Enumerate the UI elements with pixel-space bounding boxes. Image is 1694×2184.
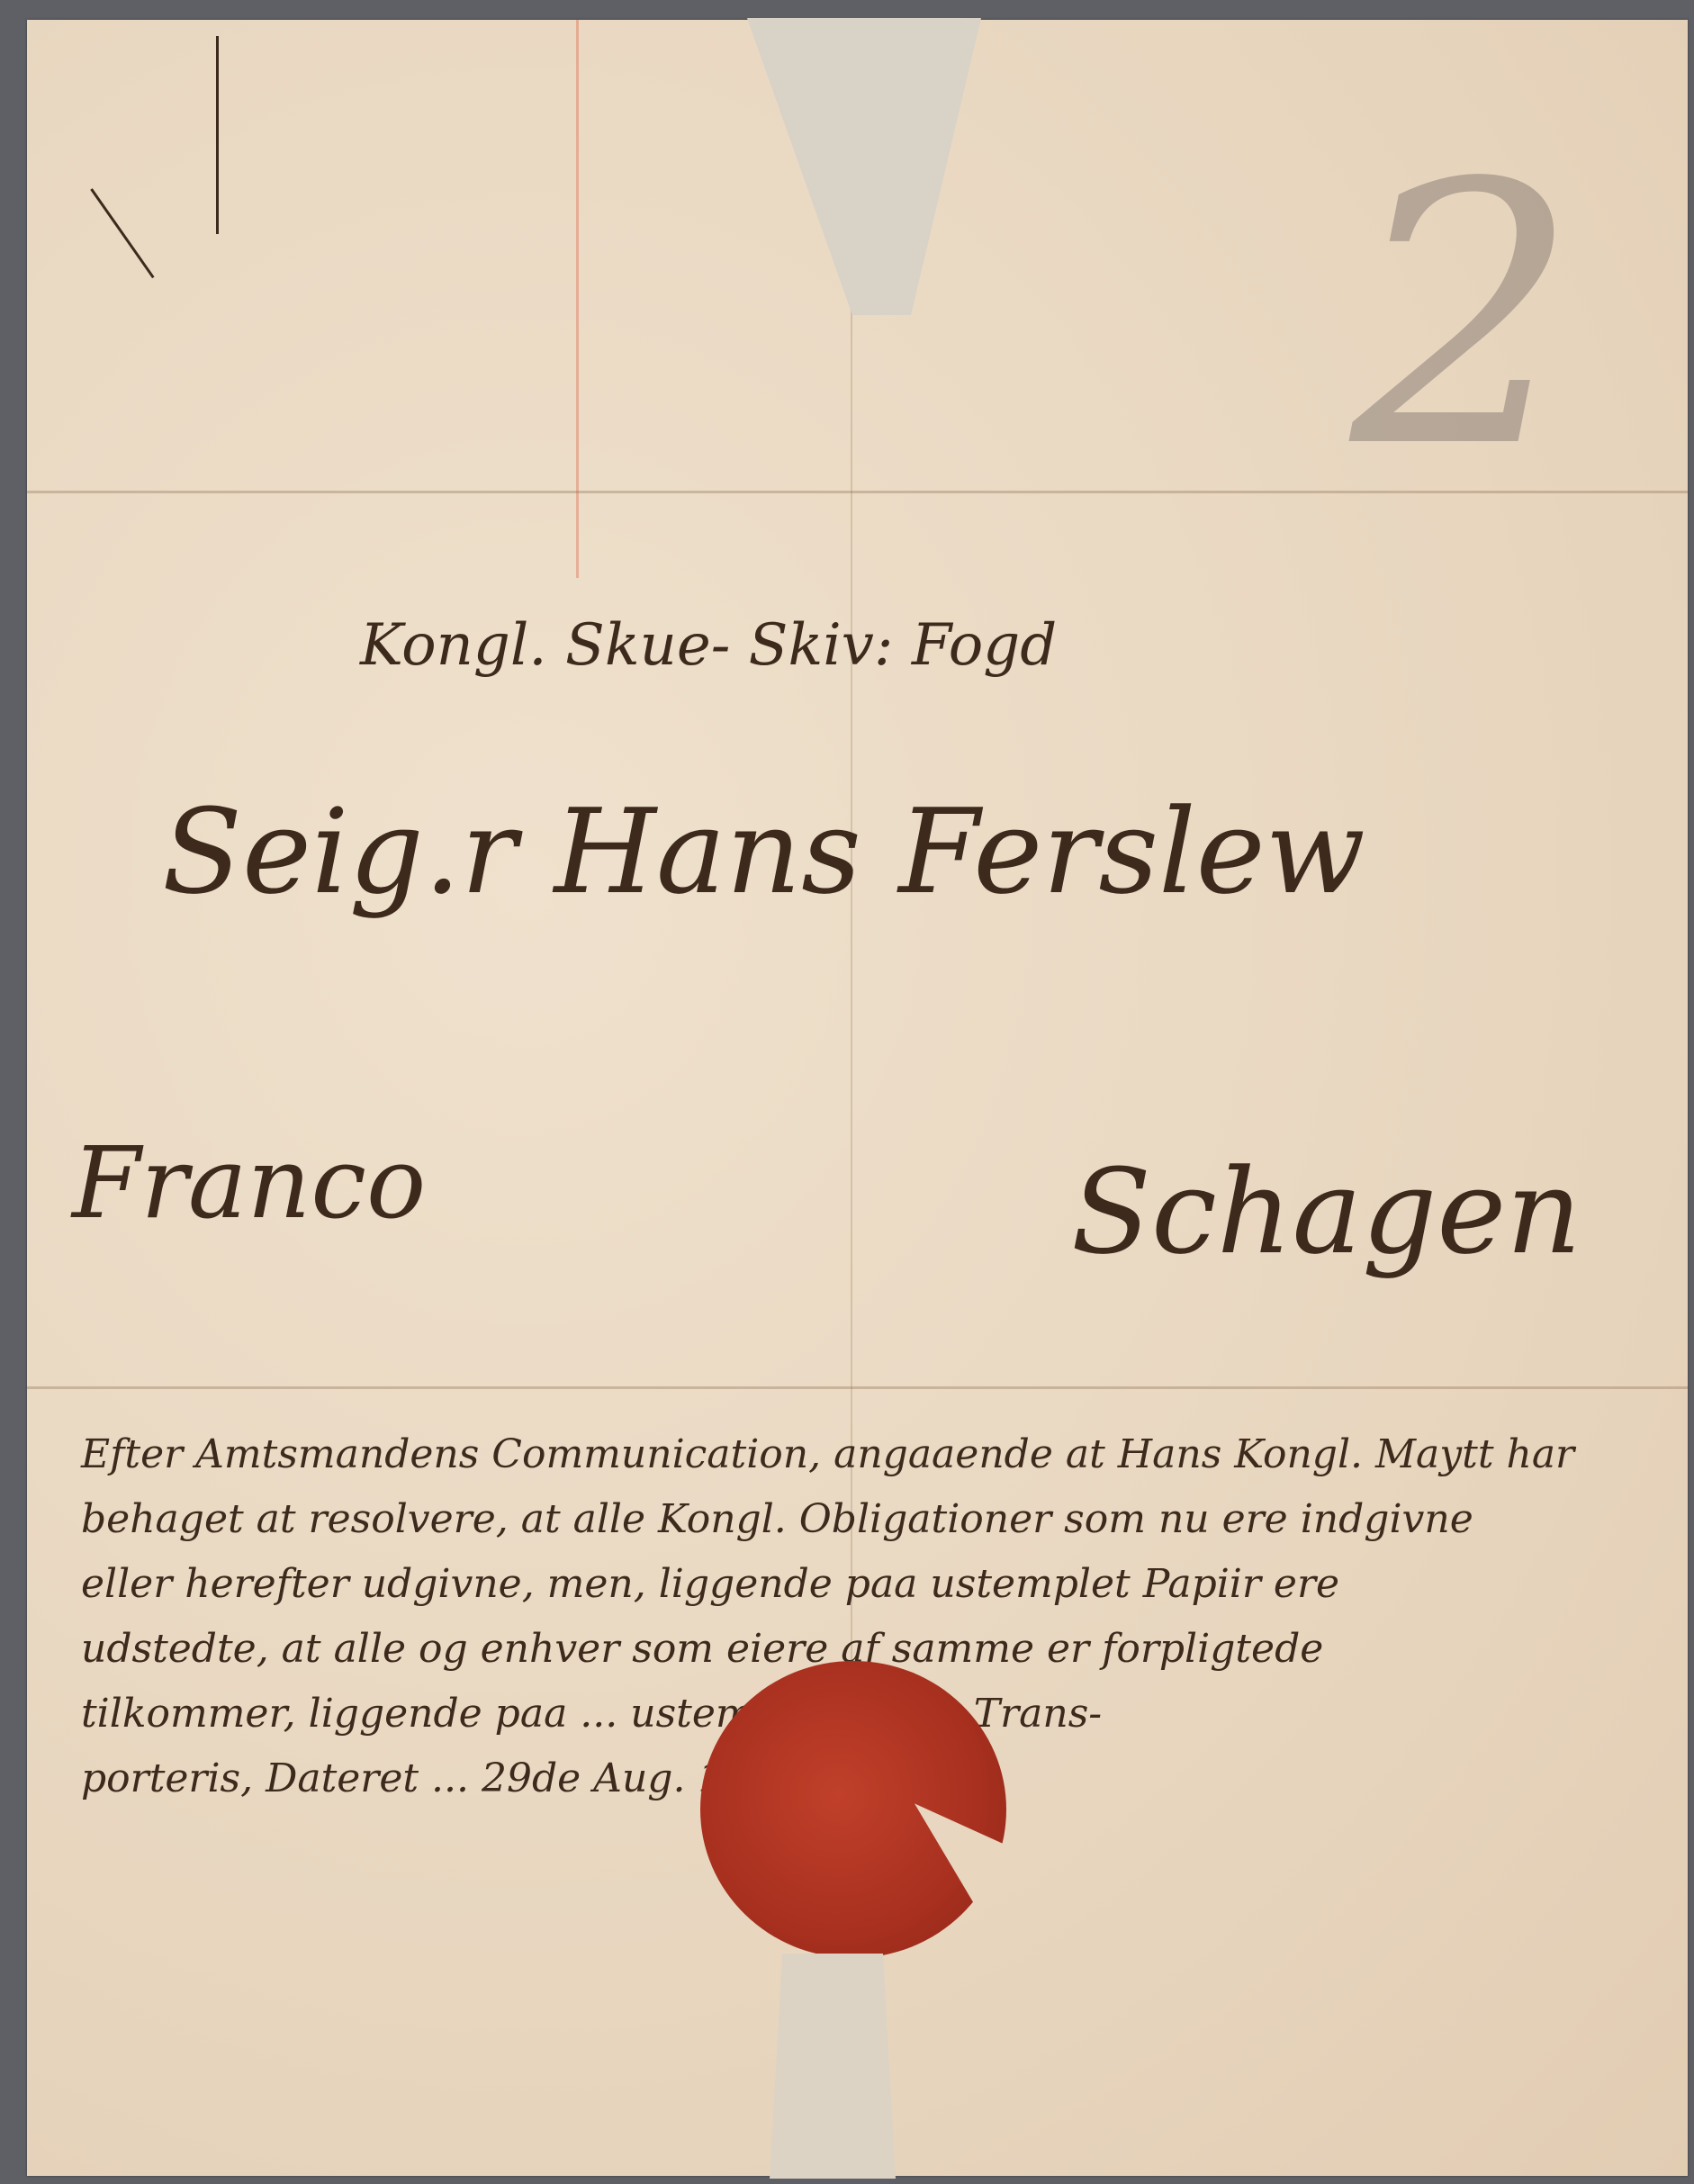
body-line: behaget at resolvere, at alle Kongl. Obl… — [81, 1487, 1665, 1552]
address-place: Schagen — [1071, 1143, 1581, 1280]
address-title: Kongl. Skue- Skiv: Fogd — [360, 612, 1057, 679]
horizontal-fold-bottom — [27, 1386, 1688, 1389]
address-name: Seig.r Hans Ferslew — [162, 783, 1365, 920]
faint-pencil-number: 2 — [1350, 108, 1580, 527]
paper-strip — [770, 1954, 896, 2179]
body-line: Efter Amtsmandens Communication, angaaen… — [81, 1422, 1665, 1487]
franco-mark: Franco — [72, 1125, 426, 1241]
body-line: eller herefter udgivne, men, liggende pa… — [81, 1552, 1665, 1617]
ink-vertical-stroke — [216, 36, 219, 234]
wax-seal — [700, 1661, 1006, 1958]
red-ruling-line — [576, 20, 579, 578]
